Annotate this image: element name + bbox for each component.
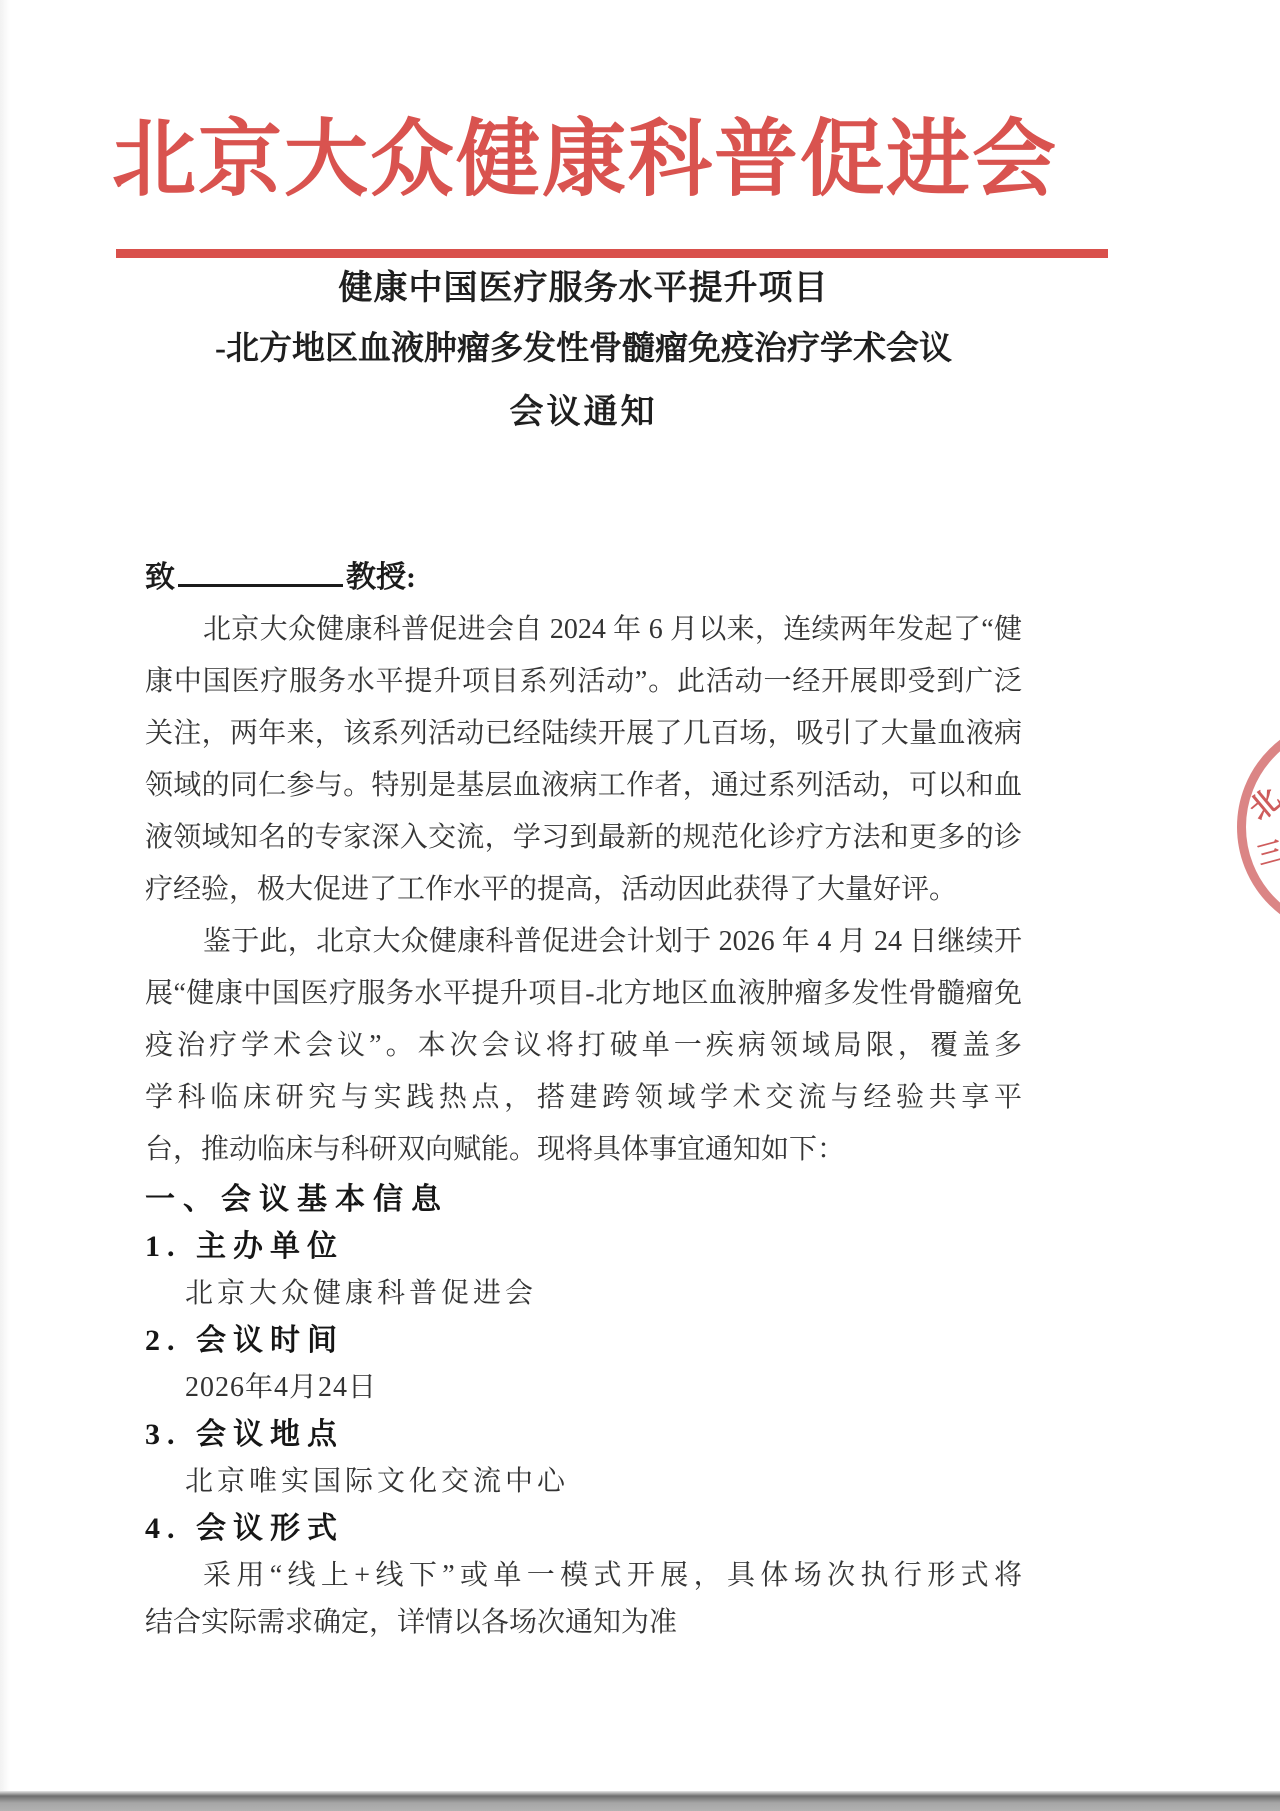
paragraph-line: 北京大众健康科普促进会自 2024 年 6 月以来，连续两年发起了“健 <box>145 604 1022 656</box>
paragraph-line: 液领域知名的专家深入交流，学习到最新的规范化诊疗方法和更多的诊 <box>145 812 1022 864</box>
item-label-meeting-time: 2. 会议时间 <box>145 1317 1022 1364</box>
document-body: 致教授: 北京大众健康科普促进会自 2024 年 6 月以来，连续两年发起了“健… <box>145 552 1022 1646</box>
item-value-host-unit: 北京大众健康科普促进会 <box>145 1270 1022 1317</box>
section-heading-basic-info: 一、会议基本信息 <box>145 1176 1022 1223</box>
paragraph-line: 台，推动临床与科研双向赋能。现将具体事宜通知如下： <box>145 1124 1022 1176</box>
paragraph-line: 疗经验，极大促进了工作水平的提高，活动因此获得了大量好评。 <box>145 864 1022 916</box>
letterhead-divider-rule <box>116 249 1108 258</box>
doc-title-line-3: 会议通知 <box>145 384 1022 433</box>
notice-document-page: 北京大众健康科普促进会 健康中国医疗服务水平提升项目 -北方地区血液肿瘤多发性骨… <box>0 0 1280 1811</box>
item-value-meeting-format-line-2: 结合实际需求确定，详情以各场次通知为准 <box>145 1599 1022 1646</box>
item-value-meeting-venue: 北京唯实国际文化交流中心 <box>145 1458 1022 1505</box>
salutation-suffix: 教授: <box>346 561 416 594</box>
item-value-meeting-time: 2026年4月24日 <box>145 1364 1022 1411</box>
paragraph-line: 展“健康中国医疗服务水平提升项目-北方地区血液肿瘤多发性骨髓瘤免 <box>145 968 1022 1020</box>
paragraph-line: 鉴于此，北京大众健康科普促进会计划于 2026 年 4 月 24 日继续开 <box>145 916 1022 968</box>
item-label-host-unit: 1. 主办单位 <box>145 1223 1022 1270</box>
paragraph-line: 学科临床研究与实践热点，搭建跨领域学术交流与经验共享平 <box>145 1072 1022 1124</box>
recipient-name-blank <box>178 554 343 587</box>
item-label-meeting-format: 4. 会议形式 <box>145 1505 1022 1552</box>
item-label-meeting-venue: 3. 会议地点 <box>145 1411 1022 1458</box>
letterhead-org-name: 北京大众健康科普促进会 <box>112 108 1122 213</box>
item-value-meeting-format-line-1: 采用“线上+线下”或单一模式开展，具体场次执行形式将 <box>145 1552 1022 1599</box>
scan-left-edge-shadow <box>0 0 10 1811</box>
doc-title-line-2: -北方地区血液肿瘤多发性骨髓瘤免疫治疗学术会议 <box>145 322 1022 369</box>
official-red-seal-partial <box>1237 717 1280 937</box>
scan-bottom-edge-shadow <box>0 1791 1280 1811</box>
paragraph-line: 疫治疗学术会议”。本次会议将打破单一疾病领域局限，覆盖多 <box>145 1020 1022 1072</box>
paragraph-line: 关注，两年来，该系列活动已经陆续开展了几百场，吸引了大量血液病 <box>145 708 1022 760</box>
salutation-line: 致教授: <box>145 552 1022 604</box>
paragraph-line: 康中国医疗服务水平提升项目系列活动”。此活动一经开展即受到广泛 <box>145 656 1022 708</box>
doc-title-line-1: 健康中国医疗服务水平提升项目 <box>145 260 1022 309</box>
salutation-prefix: 致 <box>145 561 175 594</box>
paragraph-line: 领域的同仁参与。特别是基层血液病工作者，通过系列活动，可以和血 <box>145 760 1022 812</box>
